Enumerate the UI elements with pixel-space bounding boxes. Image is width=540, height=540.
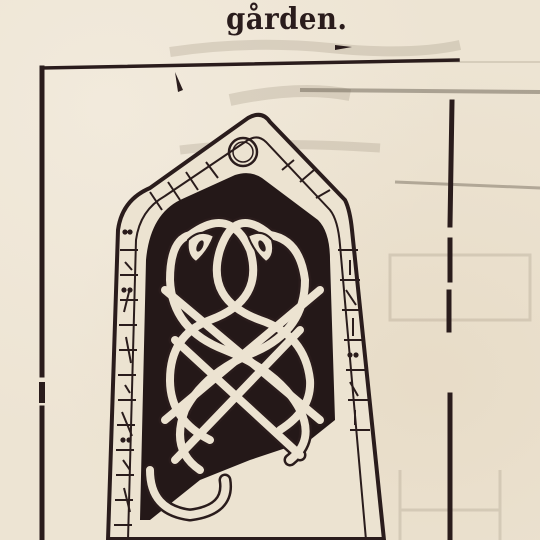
offset-rule-2 bbox=[395, 182, 540, 188]
ink-mark bbox=[175, 72, 183, 92]
runestone-woodcut bbox=[0, 0, 540, 540]
scanned-page: gården. bbox=[0, 0, 540, 540]
offset-rule bbox=[300, 90, 540, 92]
